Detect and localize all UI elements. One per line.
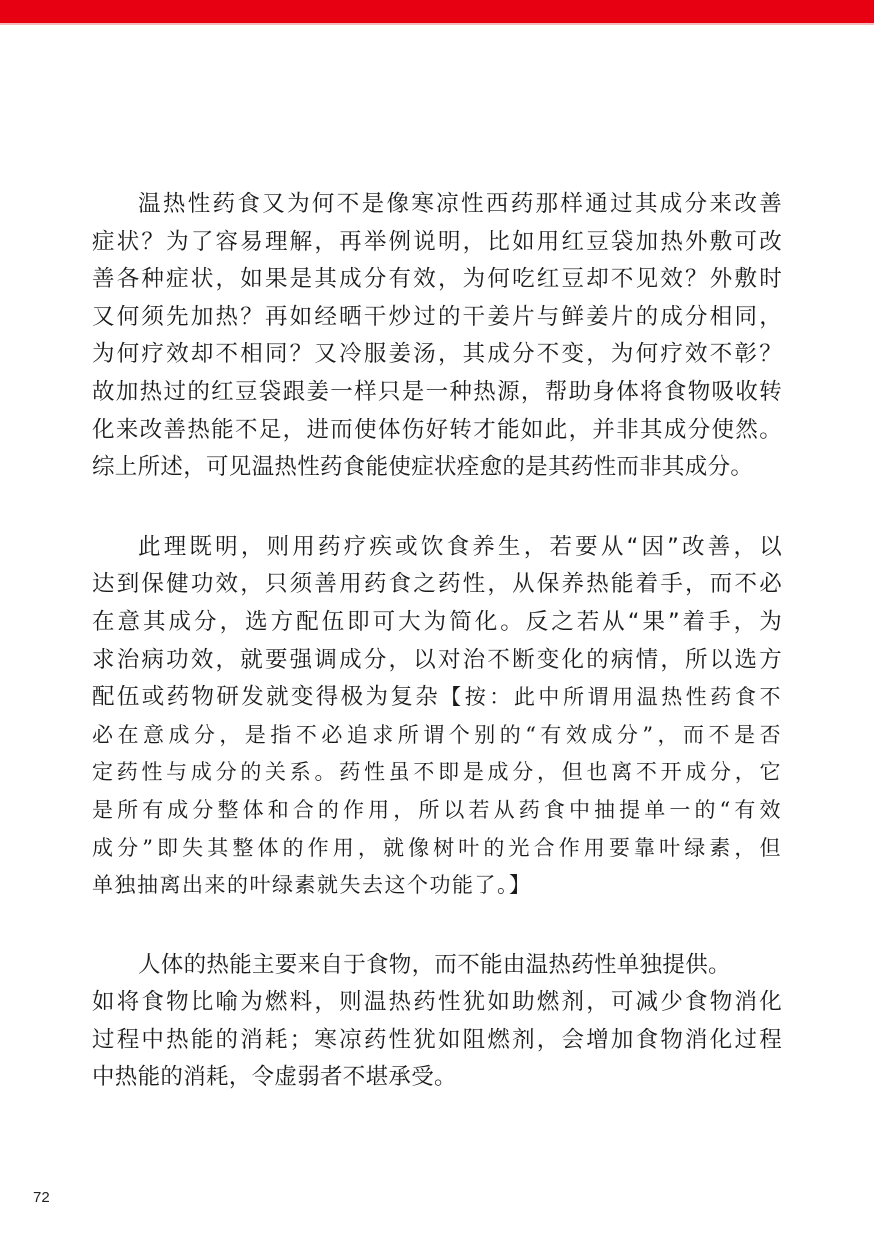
text-line: 综上所述，可见温热性药食能使症状痊愈的是其药性而非其成分。	[92, 449, 782, 487]
text-line: 在意其成分，选方配伍即可大为简化。反之若从“果”着手，为	[92, 604, 782, 642]
text-line: 中热能的消耗，令虚弱者不堪承受。	[92, 1059, 782, 1097]
text-line: 故加热过的红豆袋跟姜一样只是一种热源，帮助身体将食物吸收转	[92, 374, 782, 412]
text-line: 如将食物比喻为燃料，则温热药性犹如助燃剂，可减少食物消化	[92, 984, 782, 1022]
text-line: 人体的热能主要来自于食物，而不能由温热药性单独提供。	[92, 947, 782, 985]
header-color-bar	[0, 0, 874, 23]
text-line: 此理既明，则用药疗疾或饮食养生，若要从“因”改善，以	[92, 529, 782, 567]
annotation-line: 定药性与成分的关系。药性虽不即是成分，但也离不开成分，它	[92, 754, 782, 792]
text-line: 善各种症状，如果是其成分有效，为何吃红豆却不见效？外敷时	[92, 261, 782, 299]
text-line: 化来改善热能不足，进而使体伤好转才能如此，并非其成分使然。	[92, 412, 782, 450]
text-line: 为何疗效却不相同？又冷服姜汤，其成分不变，为何疗效不彰？	[92, 336, 782, 374]
mixed-text-line: 配伍或药物研发就变得极为复杂【按：此中所谓用温热性药食不	[92, 679, 782, 717]
text-line: 求治病功效，就要强调成分，以对治不断变化的病情，所以选方	[92, 642, 782, 680]
page-body: 温热性药食又为何不是像寒凉性西药那样通过其成分来改善 症状？为了容易理解，再举例…	[92, 186, 782, 1097]
annotation-line: 是所有成分整体和合的作用，所以若从药食中抽提单一的“有效	[92, 792, 782, 830]
paragraph-2: 此理既明，则用药疗疾或饮食养生，若要从“因”改善，以 达到保健功效，只须善用药食…	[92, 529, 782, 905]
paragraph-1: 温热性药食又为何不是像寒凉性西药那样通过其成分来改善 症状？为了容易理解，再举例…	[92, 186, 782, 487]
annotation-line: 必在意成分，是指不必追求所谓个别的“有效成分”，而不是否	[92, 717, 782, 755]
text-line: 达到保健功效，只须善用药食之药性，从保养热能着手，而不必	[92, 566, 782, 604]
text-line: 过程中热能的消耗；寒凉药性犹如阻燃剂，会增加食物消化过程	[92, 1022, 782, 1060]
annotation-line: 单独抽离出来的叶绿素就失去这个功能了。】	[92, 867, 782, 905]
page-number: 72	[33, 1189, 50, 1206]
annotation-line: 成分”即失其整体的作用，就像树叶的光合作用要靠叶绿素，但	[92, 830, 782, 868]
annotation-segment: 【按：此中所谓用温热性药食不	[440, 685, 782, 709]
text-line: 症状？为了容易理解，再举例说明，比如用红豆袋加热外敷可改	[92, 224, 782, 262]
paragraph-3: 人体的热能主要来自于食物，而不能由温热药性单独提供。 如将食物比喻为燃料，则温热…	[92, 947, 782, 1097]
text-line: 温热性药食又为何不是像寒凉性西药那样通过其成分来改善	[92, 186, 782, 224]
text-line: 又何须先加热？再如经晒干炒过的干姜片与鲜姜片的成分相同，	[92, 299, 782, 337]
text-segment: 配伍或药物研发就变得极为复杂	[92, 684, 440, 710]
